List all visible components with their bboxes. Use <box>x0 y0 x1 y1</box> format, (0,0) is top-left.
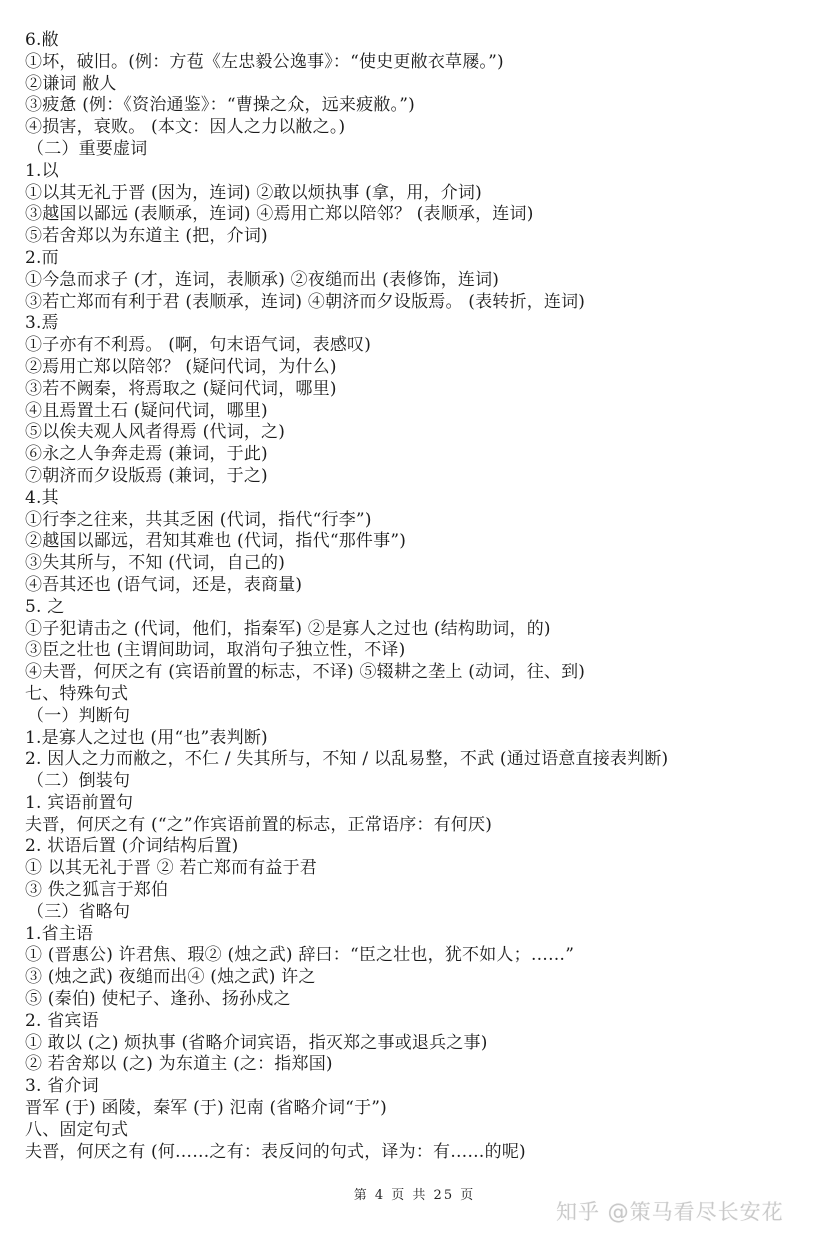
section-heading-special-sentences: 七、特殊句式 <box>25 684 815 706</box>
example-line: ① 以其无礼于晋 ② 若亡郑而有益于君 <box>25 858 815 880</box>
usage-line: ①子亦有不利焉。 (啊，句末语气词，表感叹) <box>25 335 815 357</box>
usage-line: ③失其所与，不知 (代词，自己的) <box>25 553 815 575</box>
heading-er: 2.而 <box>25 248 815 270</box>
definition-line: ③疲惫 (例：《资治通鉴》：“曹操之众，远来疲敝。”) <box>25 95 815 117</box>
item-heading: 2. 状语后置 (介词结构后置) <box>25 836 815 858</box>
usage-line: ④吾其还也 (语气词，还是，表商量) <box>25 575 815 597</box>
usage-line: ④且焉置土石 (疑问代词，哪里) <box>25 401 815 423</box>
usage-line: ②焉用亡郑以陪邻？ (疑问代词，为什么) <box>25 357 815 379</box>
usage-line: ①以其无礼于晋 (因为，连词) ②敢以烦执事 (拿，用，介词) <box>25 183 815 205</box>
section-heading-function-words: （二）重要虚词 <box>25 139 815 161</box>
usage-line: ①行李之往来，共其乏困 (代词，指代“行李”) <box>25 510 815 532</box>
document-page: 6.敝 ①坏，破旧。(例：方苞《左忠毅公逸事》：“使史更敝衣草屦。”) ②谦词 … <box>25 30 815 1163</box>
usage-line: ③若不阙秦，将焉取之 (疑问代词，哪里) <box>25 379 815 401</box>
usage-line: ②越国以鄙远，君知其难也 (代词，指代“那件事”) <box>25 531 815 553</box>
heading-yi: 1.以 <box>25 161 815 183</box>
usage-line: ④夫晋，何厌之有 (宾语前置的标志，不译) ⑤辍耕之垄上 (动词，往、到) <box>25 662 815 684</box>
usage-line: ③越国以鄙远 (表顺承，连词) ④焉用亡郑以陪邻？ (表顺承，连词) <box>25 204 815 226</box>
definition-line: ②谦词 敝人 <box>25 74 815 96</box>
heading-zhi: 5. 之 <box>25 597 815 619</box>
example-line: ① 敢以 (之) 烦执事 (省略介词宾语，指灭郑之事或退兵之事) <box>25 1033 815 1055</box>
heading-yan: 3.焉 <box>25 313 815 335</box>
usage-line: ①子犯请击之 (代词，他们，指秦军) ②是寡人之过也 (结构助词，的) <box>25 619 815 641</box>
item-heading: 2. 省宾语 <box>25 1011 815 1033</box>
example-line: 晋军 (于) 函陵，秦军 (于) 氾南 (省略介词“于”) <box>25 1098 815 1120</box>
item-heading: 1.省主语 <box>25 924 815 946</box>
usage-line: ③若亡郑而有利于君 (表顺承，连词) ④朝济而夕设版焉。 (表转折，连词) <box>25 292 815 314</box>
example-line: ② 若舍郑以 (之) 为东道主 (之：指郑国) <box>25 1054 815 1076</box>
usage-line: ⑦朝济而夕设版焉 (兼词，于之) <box>25 466 815 488</box>
usage-line: ①今急而求子 (才，连词，表顺承) ②夜缒而出 (表修饰，连词) <box>25 270 815 292</box>
usage-line: ⑥永之人争奔走焉 (兼词，于此) <box>25 444 815 466</box>
example-line: ① (晋惠公) 许君焦、瑕② (烛之武) 辞曰：“臣之壮也，犹不如人；……” <box>25 945 815 967</box>
example-line: 夫晋，何厌之有 (“之”作宾语前置的标志，正常语序：有何厌) <box>25 815 815 837</box>
example-line: 2. 因人之力而敝之，不仁 / 失其所与，不知 / 以乱易整，不武 (通过语意直… <box>25 749 815 771</box>
definition-line: ①坏，破旧。(例：方苞《左忠毅公逸事》：“使史更敝衣草屦。”) <box>25 52 815 74</box>
example-line: ③ (烛之武) 夜缒而出④ (烛之武) 许之 <box>25 967 815 989</box>
usage-line: ⑤若舍郑以为东道主 (把，介词) <box>25 226 815 248</box>
example-line: ③ 佚之狐言于郑伯 <box>25 880 815 902</box>
watermark: 知乎 @策马看尽长安花 <box>556 1196 784 1226</box>
subsection-heading-judgment: （一）判断句 <box>25 706 815 728</box>
item-heading: 3. 省介词 <box>25 1076 815 1098</box>
heading-bi: 6.敝 <box>25 30 815 52</box>
subsection-heading-omission: （三）省略句 <box>25 902 815 924</box>
example-line: ⑤ (秦伯) 使杞子、逢孙、扬孙戍之 <box>25 989 815 1011</box>
subsection-heading-inversion: （二）倒装句 <box>25 771 815 793</box>
heading-qi: 4.其 <box>25 488 815 510</box>
example-line: 1.是寡人之过也 (用“也”表判断) <box>25 728 815 750</box>
usage-line: ⑤以俟夫观人风者得焉 (代词，之) <box>25 422 815 444</box>
usage-line: ③臣之壮也 (主谓间助词，取消句子独立性，不译) <box>25 640 815 662</box>
definition-line: ④损害，衰败。 (本文：因人之力以敝之。) <box>25 117 815 139</box>
section-heading-fixed-patterns: 八、固定句式 <box>25 1120 815 1142</box>
example-line: 夫晋，何厌之有 (何……之有：表反问的句式，译为：有……的呢) <box>25 1142 815 1164</box>
item-heading: 1. 宾语前置句 <box>25 793 815 815</box>
